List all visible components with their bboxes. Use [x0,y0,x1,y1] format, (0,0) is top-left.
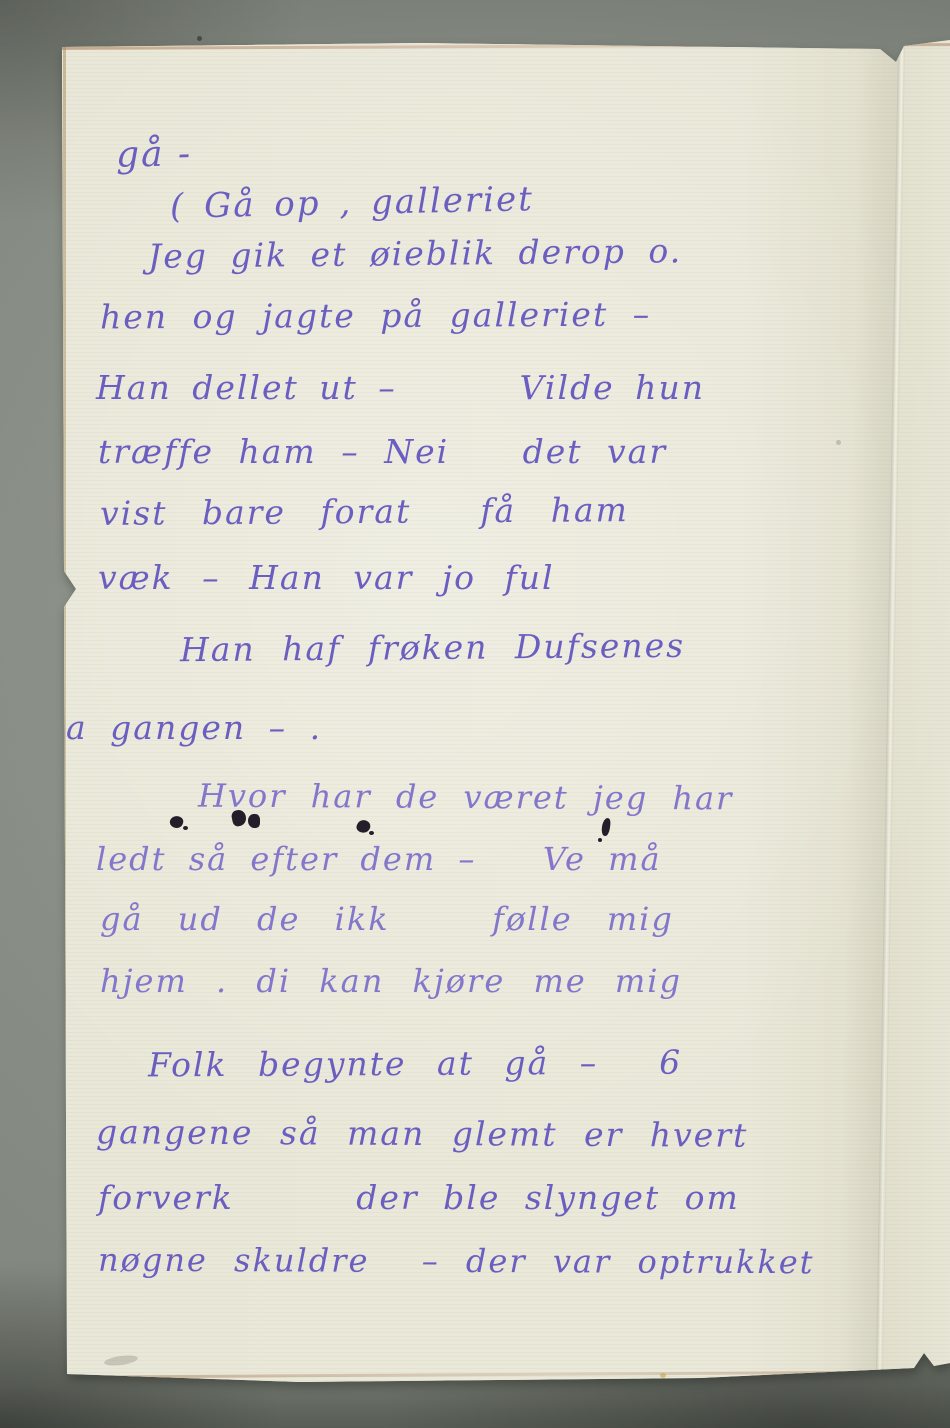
handwriting-line: væk – Han var jo ful [98,558,555,597]
paper-top-edge [60,43,950,50]
handwriting-line: Jeg gik et øieblik derop o. [148,231,683,276]
handwriting-line: Hvor har de været jeg har [198,777,734,818]
handwriting-line: gå - [116,133,193,175]
paper-speck [836,440,841,445]
handwriting-line: Folk begynte at gå – 6 [148,1043,682,1085]
ink-blot [248,814,260,828]
paper-speck [660,1373,666,1378]
smudge-mark [104,1354,139,1368]
ink-blot [183,826,188,830]
handwriting-line: nøgne skuldre – der var optrukket [98,1241,815,1282]
handwriting-line: Han dellet ut – Vilde hun [96,368,705,407]
handwriting-line: gangene så man glemt er hvert [96,1112,748,1154]
handwriting-line: hjem . di kan kjøre me mig [100,962,682,1000]
handwriting-line: ( Gå op , galleriet [170,179,535,227]
handwriting-line: træffe ham – Nei det var [98,432,667,471]
handwriting-line: vist bare forat få ham [100,490,629,533]
handwriting-line: ledt så efter dem – Ve må [96,840,662,878]
manuscript-page: gå - ( Gå op , galleriet Jeg gik et øieb… [0,0,950,1428]
handwriting-line: gå ud de ikk følle mig [100,900,674,938]
photo-background: gå - ( Gå op , galleriet Jeg gik et øieb… [0,0,950,1428]
background-speck [197,36,202,41]
paper-bottom-edge [64,1370,950,1378]
handwriting-line: Han haf frøken Dufsenes [180,626,685,669]
ink-blot [369,831,374,835]
handwriting-line: forverk der ble slynget om [98,1178,740,1217]
ink-blot [598,838,602,842]
handwriting-line: a gangen – . [66,708,322,747]
paper-speck [497,13,501,17]
paper-shadow-wrap: gå - ( Gå op , galleriet Jeg gik et øieb… [0,0,950,1428]
ink-blot [601,818,611,837]
handwriting-line: hen og jagte på galleriet – [100,295,651,337]
